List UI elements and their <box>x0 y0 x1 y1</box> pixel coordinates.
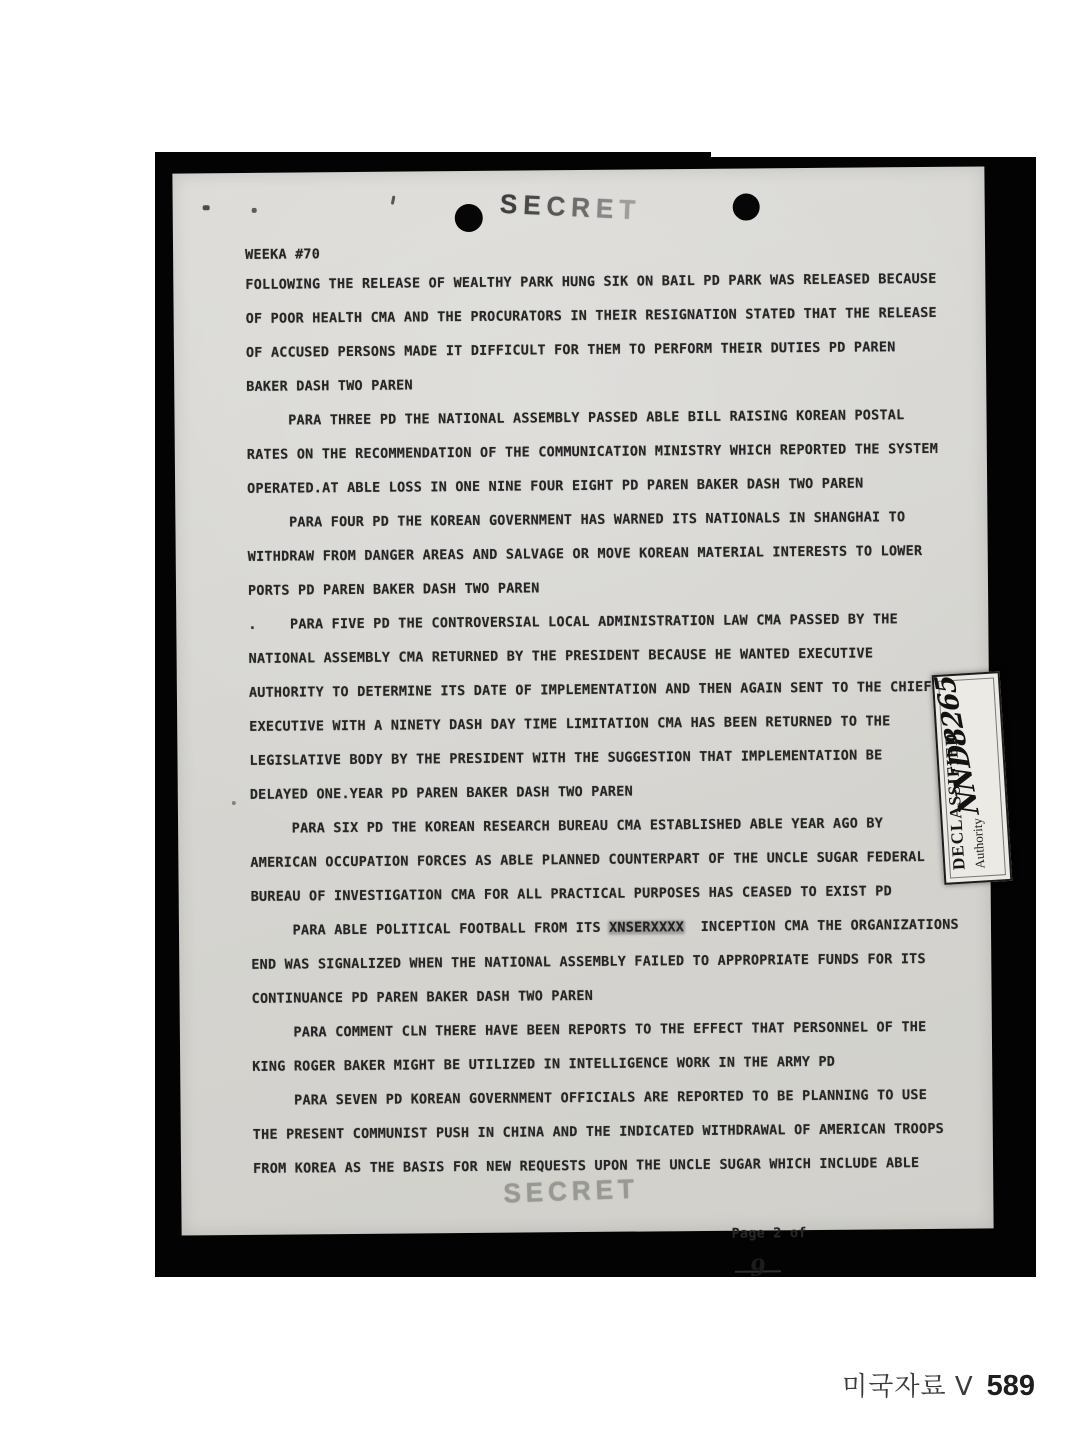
page-footer-prefix: Page 2 of <box>732 1225 807 1242</box>
caption-volume: 미국자료 Ⅴ <box>842 1366 973 1403</box>
typed-line: PARA COMMENT CLN THERE HAVE BEEN REPORTS… <box>252 1010 982 1050</box>
typed-line: LEGISLATIVE BODY BY THE PRESIDENT WITH T… <box>249 738 979 778</box>
stray-mark <box>252 208 257 213</box>
caption-page-number: 589 <box>987 1370 1035 1403</box>
declassified-stamp: DECLASSIFIED Authority NND826519 <box>932 671 1013 885</box>
overstrike-smudge <box>608 920 685 935</box>
document-title: WEEKA #70 <box>245 244 320 265</box>
punch-hole-left <box>455 204 483 232</box>
secret-stamp-top: SECRET <box>499 189 641 227</box>
stamp-letter: C <box>546 191 572 222</box>
handwritten-page-number: 9 <box>749 1251 768 1277</box>
stray-mark <box>232 801 236 805</box>
typed-line: OF ACCUSED PERSONS MADE IT DIFFICULT FOR… <box>246 330 976 370</box>
scan-edge-notch <box>711 152 1036 157</box>
stray-mark <box>203 205 210 210</box>
document-paper: SECRET WEEKA #70 FOLLOWING THE RELEASE O… <box>172 166 993 1235</box>
typed-line: WITHDRAW FROM DANGER AREAS AND SALVAGE O… <box>248 534 978 574</box>
stamp-letter: E <box>523 190 548 221</box>
scan-area: SECRET WEEKA #70 FOLLOWING THE RELEASE O… <box>155 152 1036 1277</box>
typed-line: END WAS SIGNALIZED WHEN THE NATIONAL ASS… <box>251 942 981 982</box>
stamp-letter: T <box>618 194 641 225</box>
typed-line: RATES ON THE RECOMMENDATION OF THE COMMU… <box>247 432 977 472</box>
declassified-stamp-text: DECLASSIFIED Authority NND826519 <box>934 673 1010 883</box>
secret-stamp-bottom: SECRET <box>503 1174 639 1210</box>
stray-mark <box>391 195 396 204</box>
page-number-underline: 9 <box>735 1250 781 1272</box>
punch-hole-right <box>733 193 760 220</box>
stamp-letter: S <box>499 189 524 220</box>
book-caption: 미국자료 Ⅴ 589 <box>842 1366 1035 1403</box>
typed-body: FOLLOWING THE RELEASE OF WEALTHY PARK HU… <box>245 262 983 1186</box>
stamp-letter: R <box>571 192 597 223</box>
page-footer: Page 2 of 9 Pages . <box>681 1182 806 1217</box>
stamp-letter: E <box>595 193 620 224</box>
